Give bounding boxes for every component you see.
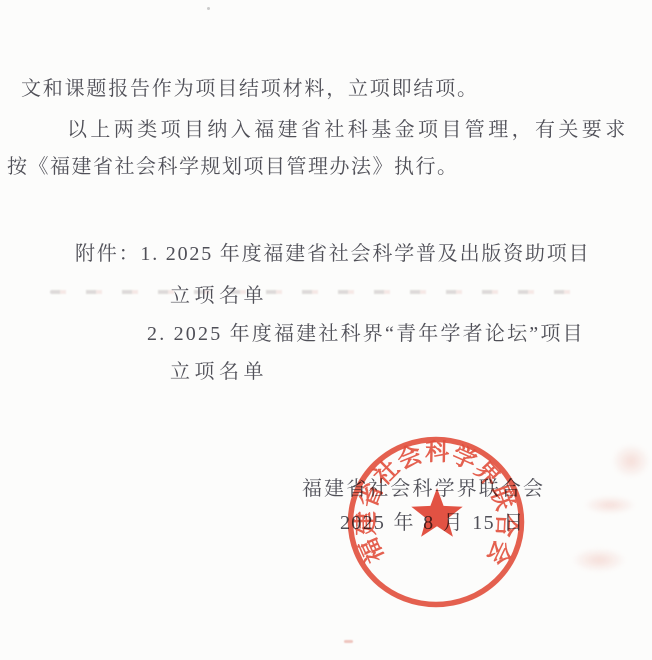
scan-speck — [207, 7, 210, 10]
body-line: 按《福建省社会科学规划项目管理办法》执行。 — [7, 156, 459, 178]
body-line: 文和课题报告作为项目结项材料，立项即结项。 — [21, 78, 479, 100]
scanned-document-page: 文和课题报告作为项目结项材料，立项即结项。 以上两类项目纳入福建省社科基金项目管… — [0, 0, 652, 660]
attachment-line: 立项名单 — [170, 361, 268, 383]
attachment-line: 立项名单 — [170, 285, 268, 307]
seal-ink-smudge — [612, 444, 650, 478]
attachment-line: 附件：1. 2025 年度福建省社会科学普及出版资助项目 — [75, 243, 590, 265]
seal-ink-smudge — [572, 548, 626, 572]
body-line: 以上两类项目纳入福建省社科基金项目管理，有关要求 — [67, 119, 629, 141]
attachment-line: 2. 2025 年度福建社科界“青年学者论坛”项目 — [147, 323, 585, 345]
scan-smudge-line — [50, 290, 590, 294]
star-icon — [411, 488, 462, 537]
seal-ink-smudge — [584, 496, 636, 514]
official-seal: 福建省社会科学界联合会 — [340, 425, 532, 621]
scan-speck — [344, 640, 353, 643]
